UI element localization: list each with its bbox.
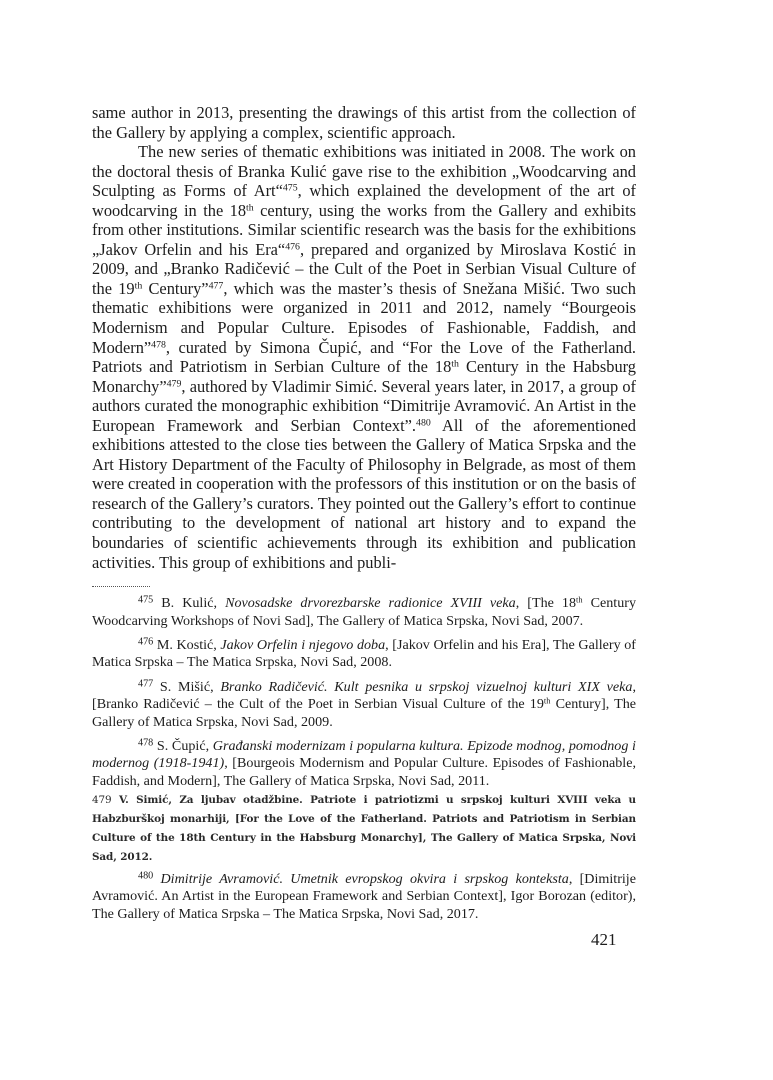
footnote-separator <box>92 586 150 587</box>
footnote-475: 475 B. Kulić, Novosadske drvorezbarske r… <box>92 595 636 630</box>
paragraph-continuation: same author in 2013, presenting the draw… <box>92 103 636 142</box>
footnote-477: 477 S. Mišić, Branko Radičević. Kult pes… <box>92 679 636 732</box>
footnote-ref-479[interactable]: 479 <box>167 378 182 389</box>
footnote-478: 478 S. Čupić, Građanski modernizam i pop… <box>92 738 636 791</box>
main-text: same author in 2013, presenting the draw… <box>92 103 636 572</box>
paragraph-thematic-exhibitions: The new series of thematic exhibitions w… <box>92 142 636 572</box>
footnotes: 475 B. Kulić, Novosadske drvorezbarske r… <box>92 595 636 923</box>
footnote-ref-475[interactable]: 475 <box>283 183 298 194</box>
page-number: 421 <box>591 930 617 950</box>
footnote-ref-477[interactable]: 477 <box>209 281 224 292</box>
document-page: same author in 2013, presenting the draw… <box>92 103 636 930</box>
footnote-ref-480[interactable]: 480 <box>416 417 431 428</box>
footnote-479: 479 V. Simić, Za ljubav otadžbine. Patri… <box>92 791 636 867</box>
footnote-ref-476[interactable]: 476 <box>285 241 300 252</box>
footnote-ref-478[interactable]: 478 <box>151 339 166 350</box>
footnote-476: 476 M. Kostić, Jakov Orfelin i njegovo d… <box>92 637 636 672</box>
footnote-480: 480 Dimitrije Avramović. Umetnik evropsk… <box>92 871 636 924</box>
